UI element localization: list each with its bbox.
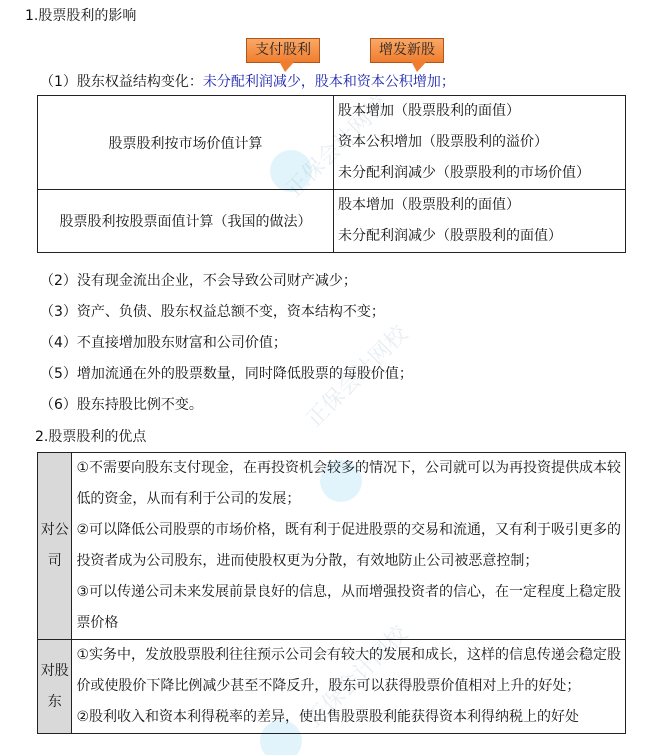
label-line: 司: [38, 546, 71, 577]
text-line: 价或使股价下降比例减少甚至不降反升，股东可以获得股票价值相对上升的好处；: [76, 671, 621, 702]
effect-line: 股本增加（股票股利的面值）: [338, 190, 621, 221]
text-line: ①实务中，发放股票股利往往预示公司会有较大的发展和成长，这样的信息传递会稳定股: [76, 640, 621, 671]
point-6: （6）股东持股比例不变。: [40, 390, 203, 421]
callout-pay-dividend: 支付股利: [246, 38, 320, 63]
point-3: （3）资产、负债、股东权益总额不变，资本结构不变；: [40, 297, 385, 328]
label-line: 对股: [38, 656, 71, 687]
callout-label: 支付股利: [255, 42, 311, 58]
table-row: 股票股利按市场价值计算 股本增加（股票股利的面值） 资本公积增加（股票股利的溢价…: [38, 96, 626, 190]
point-1-prefix: （1）股东权益结构变化：: [40, 74, 203, 90]
callout-issue-shares: 增发新股: [370, 38, 444, 63]
point-2: （2）没有现金流出企业，不会导致公司财产减少；: [40, 266, 357, 297]
point-5: （5）增加流通在外的股票数量，同时降低股票的每股价值；: [40, 359, 413, 390]
table-row: 对公 司 ①不需要向股东支付现金，在再投资机会较多的情况下，公司就可以为再投资提…: [38, 453, 626, 640]
advantages-shareholder: ①实务中，发放股票股利往往预示公司会有较大的发展和成长，这样的信息传递会稳定股 …: [72, 640, 626, 734]
text-line: ①不需要向股东支付现金，在再投资机会较多的情况下，公司就可以为再投资提供成本较: [76, 453, 621, 484]
callout-tail: [411, 61, 427, 72]
effect-line: 股本增加（股票股利的面值）: [338, 96, 621, 127]
advantages-company: ①不需要向股东支付现金，在再投资机会较多的情况下，公司就可以为再投资提供成本较 …: [72, 453, 626, 640]
point-4: （4）不直接增加股东财富和公司价值；: [40, 328, 287, 359]
effect-line: 未分配利润减少（股票股利的面值）: [338, 221, 621, 252]
effects-cell: 股本增加（股票股利的面值） 未分配利润减少（股票股利的面值）: [334, 190, 626, 253]
text-line: ③可以传递公司未来发展前景良好的信息，从而增强投资者的信心，在一定程度上稳定股: [76, 577, 621, 608]
method-cell: 股票股利按股票面值计算（我国的做法）: [38, 190, 334, 253]
effect-line: 未分配利润减少（股票股利的市场价值）: [338, 158, 621, 189]
effects-cell: 股本增加（股票股利的面值） 资本公积增加（股票股利的溢价） 未分配利润减少（股票…: [334, 96, 626, 190]
callout-tail: [279, 61, 295, 72]
text-line: 票价格: [76, 608, 621, 639]
text-line: 投资者成为公司股东，进而使股权更为分散，有效地防止公司被恶意控制；: [76, 546, 621, 577]
row-label-company: 对公 司: [38, 453, 72, 640]
table-row: 股票股利按股票面值计算（我国的做法） 股本增加（股票股利的面值） 未分配利润减少…: [38, 190, 626, 253]
section-1-heading: 1.股票股利的影响: [25, 6, 136, 26]
table-row: 对股 东 ①实务中，发放股票股利往往预示公司会有较大的发展和成长，这样的信息传递…: [38, 640, 626, 734]
text-line: ②股利收入和资本利得税率的差异，使出售股票股利能获得资本利得纳税上的好处: [76, 702, 621, 733]
label-line: 东: [38, 687, 71, 718]
effect-line: 资本公积增加（股票股利的溢价）: [338, 127, 621, 158]
method-cell: 股票股利按市场价值计算: [38, 96, 334, 190]
row-label-shareholder: 对股 东: [38, 640, 72, 734]
section-2-heading: 2.股票股利的优点: [35, 426, 146, 448]
label-line: 对公: [38, 515, 71, 546]
point-1-highlight: 未分配利润减少，股本和资本公积增加；: [203, 74, 455, 90]
point-1: （1）股东权益结构变化：未分配利润减少，股本和资本公积增加；: [40, 72, 455, 92]
dividend-calc-table: 股票股利按市场价值计算 股本增加（股票股利的面值） 资本公积增加（股票股利的溢价…: [37, 95, 626, 253]
text-line: ②可以降低公司股票的市场价格，既有利于促进股票的交易和流通，又有利于吸引更多的: [76, 515, 621, 546]
callout-label: 增发新股: [379, 42, 435, 58]
text-line: 低的资金，从而有利于公司的发展；: [76, 484, 621, 515]
advantages-table: 对公 司 ①不需要向股东支付现金，在再投资机会较多的情况下，公司就可以为再投资提…: [37, 452, 626, 734]
